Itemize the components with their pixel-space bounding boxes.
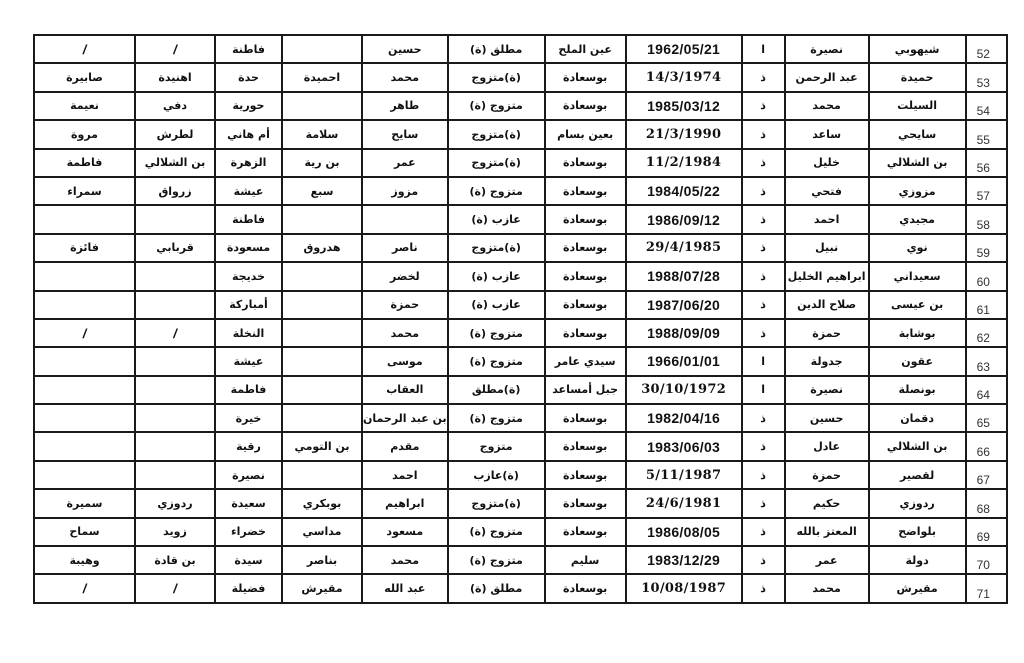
cell-last-name: لقصير [869,461,966,489]
cell-first-name: نصيرة [785,376,869,404]
cell-birth-date: 1983/12/29 [626,546,742,574]
cell-birth-date: 24/6/1981 [626,489,742,517]
cell-sex: ا [742,35,785,63]
cell-last-name: بلواضح [869,518,966,546]
cell-grandfather-name: مداسي [282,518,362,546]
cell-extra [34,432,135,460]
cell-mother-name: خيرة [215,404,282,432]
cell-mother-name: أمباركة [215,291,282,319]
cell-last-name: بن الشلالي [869,149,966,177]
cell-marital-status: متزوج (ة) [448,347,545,375]
cell-row-number: 65 [966,404,1007,432]
cell-first-name: حكيم [785,489,869,517]
cell-father-name: بن عبد الرحمان [362,404,448,432]
table-row: //النخلةمحمدمتزوج (ة)بوسعادة1988/09/09ذح… [34,319,1007,347]
cell-last-name: سعيداني [869,262,966,290]
cell-first-name: حمزة [785,461,869,489]
cell-mother-family: دفي [135,92,215,120]
cell-row-number: 58 [966,205,1007,233]
cell-mother-family: بن الشلالي [135,149,215,177]
table-row: وهيبةبن قادةسيدةبناصرمحمدمتزوج (ة)سليم19… [34,546,1007,574]
cell-extra: / [34,35,135,63]
cell-sex: ذ [742,404,785,432]
cell-extra [34,461,135,489]
cell-first-name: عمر [785,546,869,574]
cell-birth-date: 1982/04/16 [626,404,742,432]
cell-birth-date: 1988/09/09 [626,319,742,347]
cell-mother-family: زويد [135,518,215,546]
cell-row-number: 71 [966,574,1007,602]
cell-mother-family: بن قادة [135,546,215,574]
cell-grandfather-name: بن رية [282,149,362,177]
cell-mother-family: اهنيدة [135,63,215,91]
cell-extra [34,262,135,290]
cell-grandfather-name: هدروق [282,234,362,262]
table-row: خيرةبن عبد الرحمانمتزوج (ة)بوسعادة1982/0… [34,404,1007,432]
cell-last-name: السيلت [869,92,966,120]
cell-birth-place: سليم [545,546,626,574]
cell-marital-status: متزوج (ة) [448,177,545,205]
cell-father-name: سايح [362,120,448,148]
cell-birth-date: 5/11/1987 [626,461,742,489]
cell-birth-date: 1988/07/28 [626,262,742,290]
cell-row-number: 60 [966,262,1007,290]
cell-mother-name: النخلة [215,319,282,347]
cell-birth-place: بوسعادة [545,404,626,432]
cell-birth-date: 29/4/1985 [626,234,742,262]
cell-first-name: عادل [785,432,869,460]
cell-birth-place: بوسعادة [545,234,626,262]
cell-last-name: بن عيسى [869,291,966,319]
cell-sex: ذ [742,92,785,120]
cell-mother-name: خديجة [215,262,282,290]
cell-sex: ذ [742,432,785,460]
cell-mother-family [135,404,215,432]
cell-extra [34,376,135,404]
table-row: عيشةموسىمتزوج (ة)سيدي عامر1966/01/01اجدو… [34,347,1007,375]
cell-row-number: 54 [966,92,1007,120]
cell-sex: ذ [742,291,785,319]
cell-mother-name: سعيدة [215,489,282,517]
cell-extra [34,347,135,375]
cell-grandfather-name: سبع [282,177,362,205]
cell-row-number: 67 [966,461,1007,489]
cell-birth-place: بوسعادة [545,518,626,546]
cell-sex: ذ [742,262,785,290]
cell-birth-date: 14/3/1974 [626,63,742,91]
cell-father-name: ناصر [362,234,448,262]
cell-marital-status: مطلق (ة) [448,35,545,63]
cell-row-number: 55 [966,120,1007,148]
cell-marital-status: (ة)عازب [448,461,545,489]
cell-marital-status: متزوج [448,432,545,460]
cell-last-name: مقيرش [869,574,966,602]
cell-marital-status: عازب (ة) [448,291,545,319]
cell-mother-name: حدة [215,63,282,91]
cell-sex: ذ [742,205,785,233]
cell-last-name: دقمان [869,404,966,432]
cell-first-name: خليل [785,149,869,177]
cell-row-number: 57 [966,177,1007,205]
cell-row-number: 64 [966,376,1007,404]
cell-mother-name: عيشة [215,347,282,375]
cell-birth-place: عين الملح [545,35,626,63]
cell-last-name: مجيدي [869,205,966,233]
cell-birth-place: بوسعادة [545,262,626,290]
cell-last-name: حميدة [869,63,966,91]
cell-father-name: لخضر [362,262,448,290]
table-row: سميرةردوزيسعيدةبوبكريابراهيم(ة)متزوجبوسع… [34,489,1007,517]
cell-first-name: صلاح الدين [785,291,869,319]
records-table: //فاطنةحسينمطلق (ة)عين الملح1962/05/21ان… [33,34,1008,604]
cell-sex: ذ [742,489,785,517]
table-row: نعيمةدفيحوريةطاهرمتزوج (ة)بوسعادة1985/03… [34,92,1007,120]
cell-grandfather-name: بوبكري [282,489,362,517]
cell-first-name: حسين [785,404,869,432]
cell-birth-date: 21/3/1990 [626,120,742,148]
cell-birth-date: 1986/09/12 [626,205,742,233]
cell-mother-family [135,461,215,489]
cell-extra [34,205,135,233]
cell-sex: ذ [742,177,785,205]
cell-last-name: مزوزي [869,177,966,205]
cell-father-name: مزوز [362,177,448,205]
cell-mother-name: حورية [215,92,282,120]
cell-grandfather-name: بناصر [282,546,362,574]
cell-marital-status: متزوج (ة) [448,546,545,574]
table-row: نصيرةاحمد(ة)عازببوسعادة5/11/1987ذحمزةلقص… [34,461,1007,489]
cell-father-name: طاهر [362,92,448,120]
cell-mother-family [135,376,215,404]
cell-last-name: ردوزي [869,489,966,517]
cell-birth-date: 1987/06/20 [626,291,742,319]
cell-row-number: 69 [966,518,1007,546]
cell-extra: سميرة [34,489,135,517]
cell-grandfather-name [282,35,362,63]
table-row: فاطمةبن الشلاليالزهرةبن ريةعمر(ة)متزوجبو… [34,149,1007,177]
cell-mother-family [135,291,215,319]
cell-sex: ذ [742,546,785,574]
cell-marital-status: متزوج (ة) [448,518,545,546]
cell-father-name: عبد الله [362,574,448,602]
cell-mother-name: فاطنة [215,205,282,233]
table-row: فاطنةعازب (ة)بوسعادة1986/09/12ذاحمدمجيدي… [34,205,1007,233]
cell-birth-place: بوسعادة [545,63,626,91]
cell-marital-status: متزوج (ة) [448,404,545,432]
cell-birth-date: 11/2/1984 [626,149,742,177]
cell-first-name: نبيل [785,234,869,262]
cell-extra: مروة [34,120,135,148]
cell-first-name: محمد [785,92,869,120]
cell-birth-date: 1983/06/03 [626,432,742,460]
cell-mother-family: زرواق [135,177,215,205]
cell-last-name: شيهوبي [869,35,966,63]
table-row: رقيةبن التوميمقدممتزوجبوسعادة1983/06/03ذ… [34,432,1007,460]
cell-birth-place: جبل أمساعد [545,376,626,404]
cell-grandfather-name [282,319,362,347]
cell-first-name: محمد [785,574,869,602]
cell-mother-family: / [135,319,215,347]
cell-father-name: مقدم [362,432,448,460]
cell-last-name: بونصلة [869,376,966,404]
table-row: //فضيلةمقيرشعبد اللهمطلق (ة)بوسعادة10/08… [34,574,1007,602]
cell-father-name: حسين [362,35,448,63]
cell-first-name: عبد الرحمن [785,63,869,91]
cell-mother-family: ردوزي [135,489,215,517]
cell-mother-name: سيدة [215,546,282,574]
cell-father-name: موسى [362,347,448,375]
cell-mother-family: / [135,574,215,602]
cell-grandfather-name [282,376,362,404]
cell-mother-name: فضيلة [215,574,282,602]
cell-birth-date: 1985/03/12 [626,92,742,120]
cell-extra: سماح [34,518,135,546]
cell-mother-name: رقية [215,432,282,460]
cell-marital-status: عازب (ة) [448,262,545,290]
cell-sex: ذ [742,120,785,148]
cell-row-number: 62 [966,319,1007,347]
cell-father-name: محمد [362,63,448,91]
cell-birth-place: بوسعادة [545,574,626,602]
cell-sex: ذ [742,574,785,602]
cell-first-name: ابراهيم الخليل [785,262,869,290]
cell-father-name: محمد [362,546,448,574]
cell-mother-family: قربابي [135,234,215,262]
cell-extra: سمراء [34,177,135,205]
cell-row-number: 53 [966,63,1007,91]
cell-mother-family [135,432,215,460]
cell-sex: ذ [742,461,785,489]
cell-sex: ذ [742,149,785,177]
cell-grandfather-name: مقيرش [282,574,362,602]
cell-father-name: احمد [362,461,448,489]
cell-birth-place: سيدي عامر [545,347,626,375]
cell-sex: ا [742,376,785,404]
table-row: أمباركةحمزةعازب (ة)بوسعادة1987/06/20ذصلا… [34,291,1007,319]
cell-first-name: احمد [785,205,869,233]
cell-first-name: ساعد [785,120,869,148]
cell-grandfather-name [282,205,362,233]
cell-mother-name: فاطنة [215,35,282,63]
cell-grandfather-name [282,92,362,120]
cell-row-number: 66 [966,432,1007,460]
cell-birth-place: بوسعادة [545,319,626,347]
cell-last-name: نوي [869,234,966,262]
cell-marital-status: (ة)متزوج [448,120,545,148]
cell-grandfather-name [282,262,362,290]
cell-mother-name: الزهرة [215,149,282,177]
cell-birth-place: بوسعادة [545,205,626,233]
cell-birth-place: بوسعادة [545,291,626,319]
records-table-body: //فاطنةحسينمطلق (ة)عين الملح1962/05/21ان… [34,35,1007,603]
table-row: صابيرةاهنيدةحدةاحميدةمحمد(ة)متزوجبوسعادة… [34,63,1007,91]
cell-first-name: المعتز بالله [785,518,869,546]
cell-last-name: دولة [869,546,966,574]
cell-mother-family [135,347,215,375]
cell-father-name [362,205,448,233]
cell-mother-family [135,262,215,290]
cell-first-name: جدولة [785,347,869,375]
cell-father-name: ابراهيم [362,489,448,517]
cell-row-number: 56 [966,149,1007,177]
table-row: مروةلطرشأم هانيسلامةسايح(ة)متزوجبعين بسا… [34,120,1007,148]
table-row: فائزةقربابيمسعودةهدروقناصر(ة)متزوجبوسعاد… [34,234,1007,262]
cell-last-name: عقون [869,347,966,375]
cell-marital-status: متزوج (ة) [448,319,545,347]
cell-birth-date: 1962/05/21 [626,35,742,63]
cell-sex: ذ [742,518,785,546]
cell-father-name: حمزة [362,291,448,319]
cell-birth-date: 1986/08/05 [626,518,742,546]
cell-first-name: نصيرة [785,35,869,63]
cell-sex: ذ [742,63,785,91]
cell-father-name: محمد [362,319,448,347]
cell-sex: ذ [742,234,785,262]
cell-last-name: بن الشلالي [869,432,966,460]
cell-mother-name: فاطمة [215,376,282,404]
table-row: //فاطنةحسينمطلق (ة)عين الملح1962/05/21ان… [34,35,1007,63]
cell-marital-status: متزوج (ة) [448,92,545,120]
cell-row-number: 63 [966,347,1007,375]
cell-row-number: 68 [966,489,1007,517]
cell-birth-date: 10/08/1987 [626,574,742,602]
cell-father-name: مسعود [362,518,448,546]
cell-extra: / [34,574,135,602]
cell-extra: صابيرة [34,63,135,91]
cell-extra: فاطمة [34,149,135,177]
cell-marital-status: (ة)متزوج [448,234,545,262]
cell-extra: / [34,319,135,347]
cell-grandfather-name [282,461,362,489]
cell-row-number: 52 [966,35,1007,63]
cell-mother-family: / [135,35,215,63]
cell-mother-family [135,205,215,233]
cell-mother-name: أم هاني [215,120,282,148]
cell-father-name: عمر [362,149,448,177]
cell-sex: ذ [742,319,785,347]
cell-birth-place: بعين بسام [545,120,626,148]
cell-extra: نعيمة [34,92,135,120]
cell-mother-name: خضراء [215,518,282,546]
cell-marital-status: عازب (ة) [448,205,545,233]
cell-marital-status: (ة)مطلق [448,376,545,404]
cell-mother-family: لطرش [135,120,215,148]
cell-marital-status: (ة)متزوج [448,489,545,517]
cell-mother-name: عيشة [215,177,282,205]
cell-birth-place: بوسعادة [545,432,626,460]
table-row: فاطمةالعقاب(ة)مطلقجبل أمساعد30/10/1972ان… [34,376,1007,404]
cell-grandfather-name [282,347,362,375]
cell-row-number: 70 [966,546,1007,574]
cell-grandfather-name [282,404,362,432]
cell-extra [34,291,135,319]
cell-birth-date: 1984/05/22 [626,177,742,205]
cell-birth-date: 1966/01/01 [626,347,742,375]
table-row: سماحزويدخضراءمداسيمسعودمتزوج (ة)بوسعادة1… [34,518,1007,546]
cell-first-name: حمزة [785,319,869,347]
cell-last-name: سايحي [869,120,966,148]
cell-birth-place: بوسعادة [545,489,626,517]
cell-marital-status: مطلق (ة) [448,574,545,602]
cell-mother-name: مسعودة [215,234,282,262]
cell-first-name: فتحي [785,177,869,205]
cell-birth-place: بوسعادة [545,461,626,489]
table-row: سمراءزرواقعيشةسبعمزوزمتزوج (ة)بوسعادة198… [34,177,1007,205]
cell-mother-name: نصيرة [215,461,282,489]
cell-grandfather-name: بن التومي [282,432,362,460]
cell-birth-place: بوسعادة [545,149,626,177]
cell-marital-status: (ة)متزوج [448,149,545,177]
cell-last-name: بوشابة [869,319,966,347]
cell-row-number: 61 [966,291,1007,319]
cell-extra: فائزة [34,234,135,262]
cell-grandfather-name [282,291,362,319]
cell-row-number: 59 [966,234,1007,262]
cell-father-name: العقاب [362,376,448,404]
cell-sex: ا [742,347,785,375]
cell-grandfather-name: سلامة [282,120,362,148]
cell-birth-place: بوسعادة [545,177,626,205]
table-row: خديجةلخضرعازب (ة)بوسعادة1988/07/28ذابراه… [34,262,1007,290]
cell-extra: وهيبة [34,546,135,574]
cell-grandfather-name: احميدة [282,63,362,91]
cell-extra [34,404,135,432]
cell-birth-place: بوسعادة [545,92,626,120]
cell-birth-date: 30/10/1972 [626,376,742,404]
cell-marital-status: (ة)متزوج [448,63,545,91]
